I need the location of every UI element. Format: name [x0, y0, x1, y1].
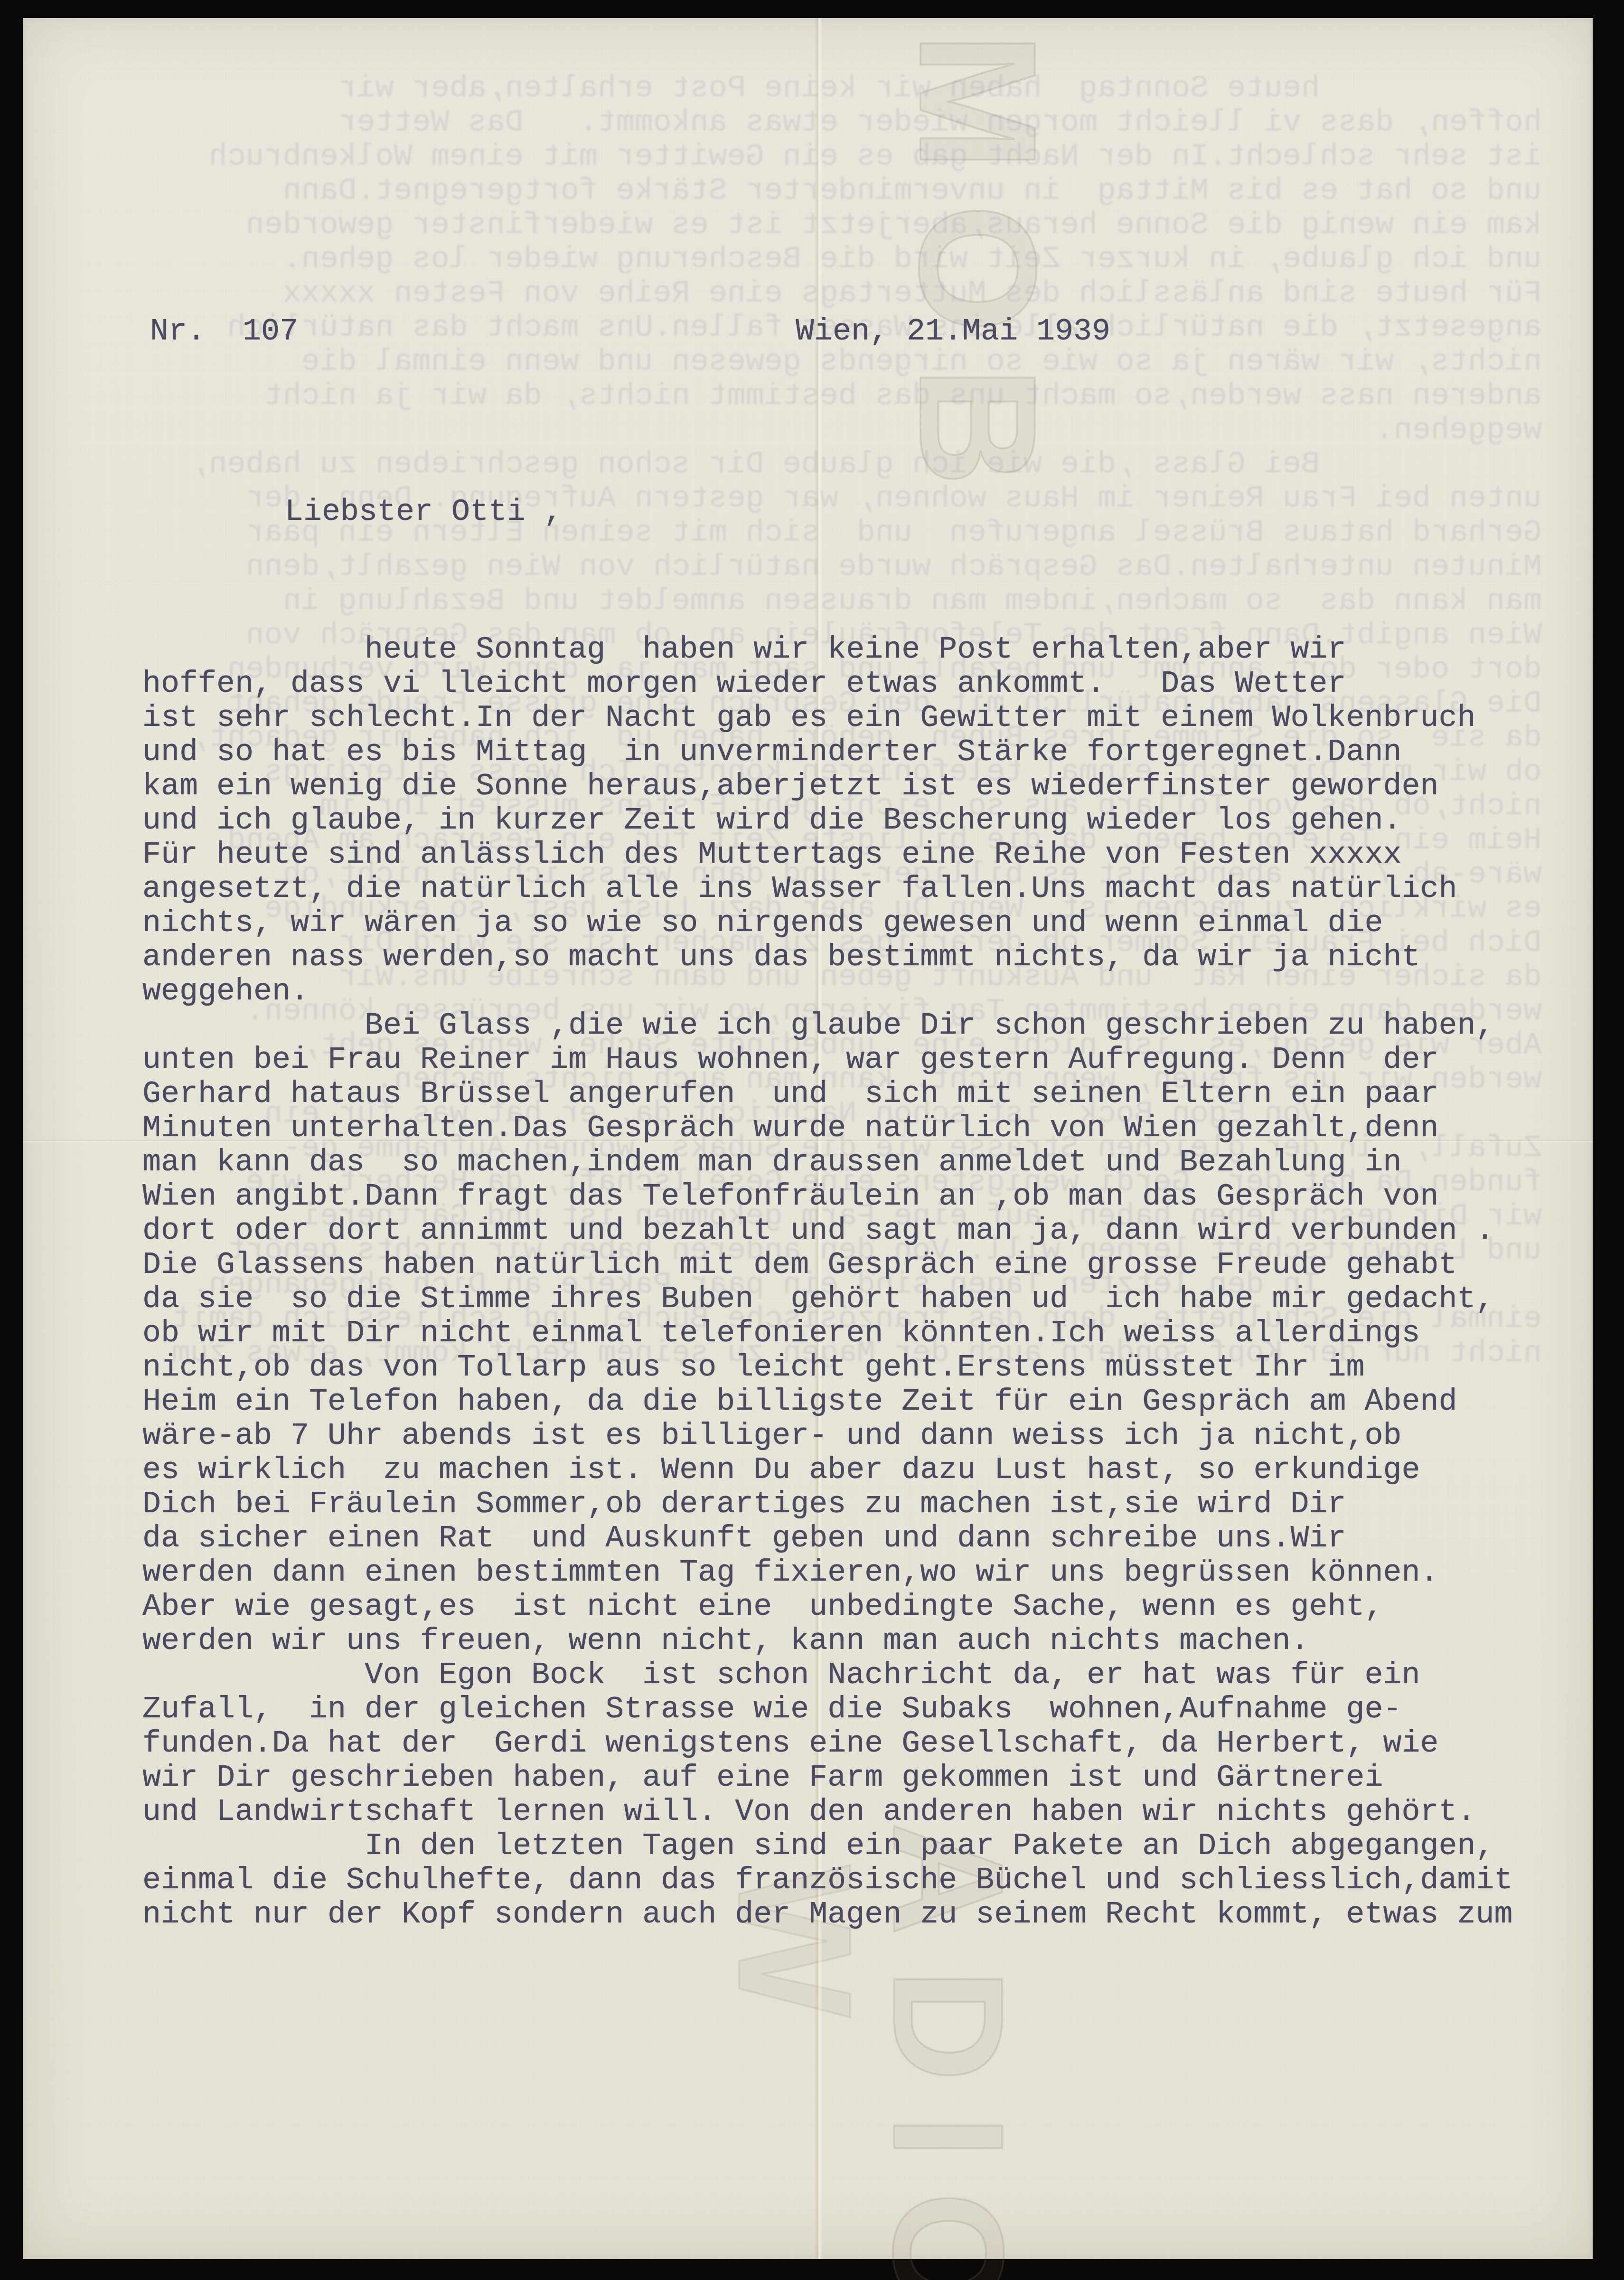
typewritten-line: In den letzten Tagen sind ein paar Paket…: [142, 1829, 1567, 1863]
typewritten-line: ist sehr schlecht.In der Nacht gab es ei…: [142, 701, 1567, 735]
typewritten-line: weggehen.: [142, 974, 1567, 1008]
typewritten-line: angesetzt, die natürlich alle ins Wasser…: [142, 872, 1567, 906]
typewritten-line: da sicher einen Rat und Auskunft geben u…: [142, 1521, 1567, 1555]
typewritten-line: wäre-ab 7 Uhr abends ist es billiger- un…: [142, 1419, 1567, 1453]
letter-salutation: Liebster Otti ,: [285, 495, 563, 529]
typewritten-line: Von Egon Bock ist schon Nachricht da, er…: [142, 1658, 1567, 1692]
typewritten-line: Zufall, in der gleichen Strasse wie die …: [142, 1692, 1567, 1726]
typewritten-line: man kann das so machen,indem man drausse…: [142, 1145, 1567, 1179]
typewritten-line: Bei Glass ,die wie ich glaube Dir schon …: [142, 1008, 1567, 1043]
letter-paper-sheet: MOB ADIO W heute Sonntag haben wir keine…: [23, 18, 1593, 2259]
scanned-letter-page: { "colors": { "scan_background": "#0b090…: [0, 0, 1624, 2280]
typewritten-line: funden.Da hat der Gerdi wenigstens eine …: [142, 1726, 1567, 1761]
typewritten-line: Aber wie gesagt,es ist nicht eine unbedi…: [142, 1590, 1567, 1624]
typewritten-line: Wien angibt.Dann fragt das Telefonfräule…: [142, 1179, 1567, 1214]
typewritten-line: nicht nur der Kopf sondern auch der Mage…: [142, 1897, 1567, 1931]
typewritten-line: einmal die Schulhefte, dann das französi…: [142, 1863, 1567, 1897]
typewritten-line: ob wir mit Dir nicht einmal telefonieren…: [142, 1316, 1567, 1350]
typewritten-line: wir Dir geschrieben haben, auf eine Farm…: [142, 1761, 1567, 1795]
typewritten-line: und Landwirtschaft lernen will. Von den …: [142, 1795, 1567, 1829]
typewritten-line: Dich bei Fräulein Sommer,ob derartiges z…: [142, 1487, 1567, 1521]
letter-body: heute Sonntag haben wir keine Post erhal…: [142, 632, 1567, 1931]
typewritten-line: unten bei Frau Reiner im Haus wohnen, wa…: [142, 1043, 1567, 1077]
typewritten-line: und so hat es bis Mittag in unvermindert…: [142, 735, 1567, 769]
typewritten-line: Gerhard hataus Brüssel angerufen und sic…: [142, 1077, 1567, 1111]
typewritten-line: heute Sonntag haben wir keine Post erhal…: [142, 632, 1567, 667]
typewritten-line: Heim ein Telefon haben, da die billigste…: [142, 1385, 1567, 1419]
letter-number: Nr. 107: [150, 314, 298, 349]
typewritten-line: anderen nass werden,so macht uns das bes…: [142, 940, 1567, 974]
typewritten-line: nicht,ob das von Tollarp aus so leicht g…: [142, 1350, 1567, 1385]
typewritten-line: nichts, wir wären ja so wie so nirgends …: [142, 906, 1567, 940]
typewritten-line: werden dann einen bestimmten Tag fixiere…: [142, 1555, 1567, 1590]
typewritten-line: und ich glaube, in kurzer Zeit wird die …: [142, 803, 1567, 838]
typewritten-line: Für heute sind anlässlich des Muttertags…: [142, 838, 1567, 872]
typewritten-line: Minuten unterhalten.Das Gespräch wurde n…: [142, 1111, 1567, 1145]
typewritten-line: es wirklich zu machen ist. Wenn Du aber …: [142, 1453, 1567, 1487]
letter-dateline: Wien, 21.Mai 1939: [796, 314, 1110, 349]
typewritten-line: dort oder dort annimmt und bezahlt und s…: [142, 1214, 1567, 1248]
typewritten-line: Die Glassens haben natürlich mit dem Ges…: [142, 1248, 1567, 1282]
typewritten-line: kam ein wenig die Sonne heraus,aberjetzt…: [142, 769, 1567, 803]
typewritten-line: da sie so die Stimme ihres Buben gehört …: [142, 1282, 1567, 1316]
typewritten-line: hoffen, dass vi lleicht morgen wieder et…: [142, 667, 1567, 701]
typewritten-line: werden wir uns freuen, wenn nicht, kann …: [142, 1624, 1567, 1658]
